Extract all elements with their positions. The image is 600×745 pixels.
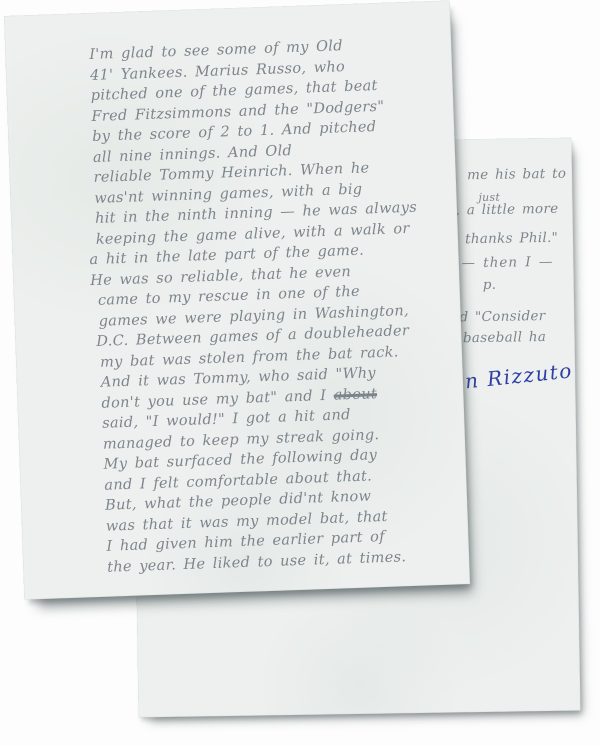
letter-page-1: I'm glad to see some of my Old 41' Yanke… <box>4 0 470 599</box>
handwriting-fragment: ed "Consider <box>451 308 545 325</box>
handwriting-fragment: p. <box>483 277 497 293</box>
handwriting-fragment: thanks Phil." <box>465 230 558 247</box>
signature-phil-rizzuto: on Rizzuto <box>450 358 574 394</box>
handwriting-fragment: , a little more <box>455 201 558 219</box>
handwriting-fragment: — then I — <box>461 254 553 271</box>
letter-body: I'm glad to see some of my Old 41' Yanke… <box>89 33 463 578</box>
handwriting-fragment: t baseball ha <box>450 329 546 346</box>
letter-photo: me his bat to just , a little more thank… <box>0 0 600 745</box>
struck-word: about <box>333 386 377 404</box>
handwriting-fragment: me his bat to <box>467 166 566 184</box>
